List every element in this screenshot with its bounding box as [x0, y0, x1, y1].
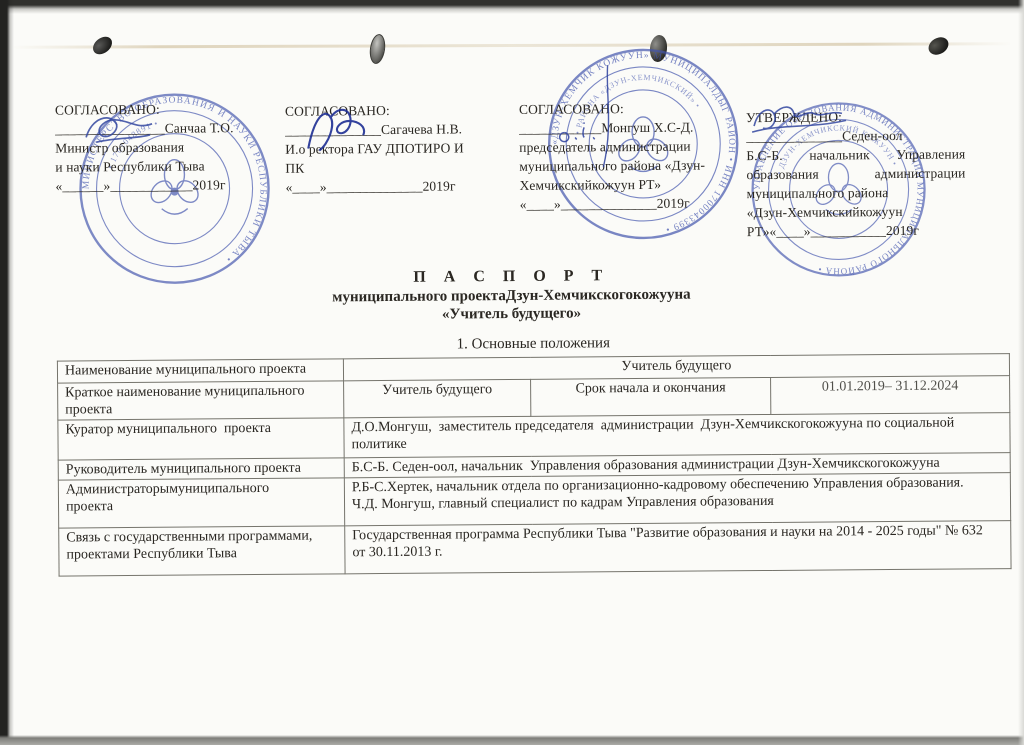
- approver-position: «Дзун-Хемчикскийкожуун: [747, 201, 966, 222]
- approver-position: ПК: [285, 157, 482, 178]
- cell-administrators-value: Р.Б-С.Хертек, начальник отдела по органи…: [344, 473, 1010, 526]
- cell-curator-value: Д.О.Монгуш, заместитель председателя адм…: [344, 413, 1010, 458]
- cell-short-name-value: Учитель будущего: [344, 379, 531, 417]
- signature-seden-ool: [748, 101, 868, 142]
- cell-leader-label: Руководитель муниципального проекта: [58, 458, 344, 480]
- approver-position: и науки Республики Тыва: [55, 156, 267, 177]
- approver-position: Б.С-Б. начальник Управления: [746, 144, 965, 165]
- table-row: Связь с государственными программами, пр…: [59, 521, 1011, 576]
- approver-position: образования администрации: [746, 163, 965, 184]
- page-content: МИНИСТЕРСТВО ОБРАЗОВАНИЯ И НАУКИ РЕСПУБЛ…: [0, 0, 1024, 745]
- table-row: Администраторымуниципального проекта Р.Б…: [58, 473, 1010, 528]
- cell-curator-label: Куратор муниципального проекта: [58, 418, 344, 460]
- cell-project-name-label: Наименование муниципального проекта: [57, 359, 343, 383]
- document-title: П А С П О Р Т муниципального проектаДзун…: [156, 265, 866, 326]
- signature-mongush: [546, 63, 667, 172]
- cell-administrators-label: Администраторымуниципального проекта: [58, 478, 344, 528]
- approver-position: муниципального района: [747, 182, 966, 203]
- scanned-document-page: МИНИСТЕРСТВО ОБРАЗОВАНИЯ И НАУКИ РЕСПУБЛ…: [0, 0, 1024, 745]
- date-line: «____»______________2019г: [520, 193, 735, 214]
- cell-state-programs-label: Связь с государственными программами, пр…: [59, 526, 345, 576]
- date-line: РТ»«____»___________2019г: [747, 220, 966, 241]
- signature-sagacheva: [296, 102, 391, 159]
- date-line: «______»____________2019г: [55, 175, 267, 196]
- cell-period-label: Срок начала и окончания: [531, 377, 771, 416]
- approver-position: Хемчикскийкожуун РТ»: [519, 174, 734, 195]
- cell-period-value: 01.01.2019– 31.12.2024: [771, 376, 1010, 415]
- cell-short-name-label: Краткое наименование муниципального прое…: [58, 381, 344, 420]
- section-heading: 1. Основные положения: [57, 332, 1010, 356]
- main-provisions-table: Наименование муниципального проекта Учит…: [57, 353, 1012, 576]
- signature-sanchaa: [78, 108, 218, 151]
- cell-state-programs-value: Государственная программа Республики Тыв…: [345, 521, 1011, 574]
- date-line: «____»______________2019г: [285, 176, 482, 197]
